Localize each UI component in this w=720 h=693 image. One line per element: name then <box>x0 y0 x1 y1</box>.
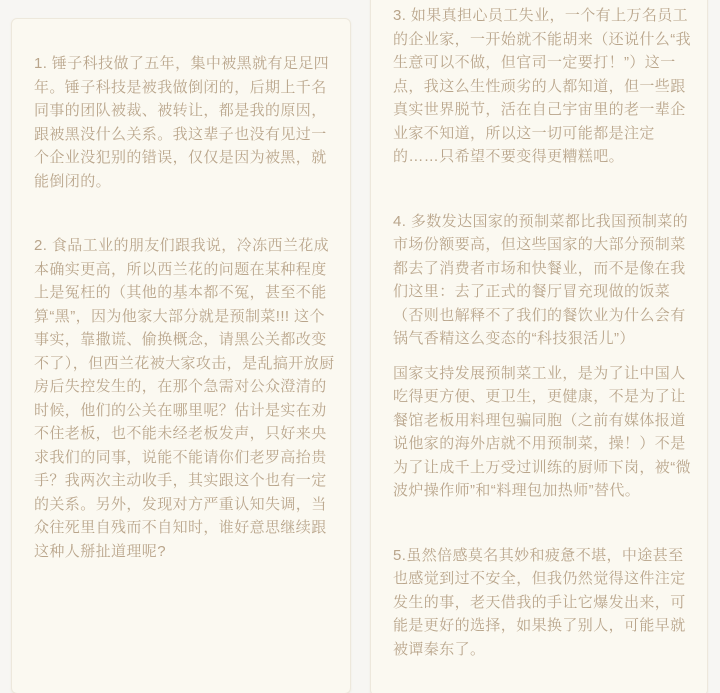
note-card-right: 3. 如果真担心员工失业，一个有上万名员工的企业家，一开始就不能胡来（还说什么“… <box>370 0 708 693</box>
note-paragraph-2: 2. 食品工业的朋友们跟我说，冷冻西兰花成本确实更高，所以西兰花的问题在某种程度… <box>34 234 335 563</box>
notes-screenshot-root: 1. 锤子科技做了五年，集中被黑就有足足四年。锤子科技是被我做倒闭的，后期上千名… <box>0 0 720 693</box>
note-card-left: 1. 锤子科技做了五年，集中被黑就有足足四年。锤子科技是被我做倒闭的，后期上千名… <box>11 18 351 693</box>
note-paragraph-3: 3. 如果真担心员工失业，一个有上万名员工的企业家，一开始就不能胡来（还说什么“… <box>393 4 691 169</box>
note-paragraph-1: 1. 锤子科技做了五年，集中被黑就有足足四年。锤子科技是被我做倒闭的，后期上千名… <box>34 52 335 193</box>
note-paragraph-5: 5.虽然倍感莫名其妙和疲惫不堪，中途甚至也感觉到过不安全，但我仍然觉得这件注定发… <box>393 544 691 662</box>
note-paragraph-4: 4. 多数发达国家的预制菜都比我国预制菜的市场份额要高，但这些国家的大部分预制菜… <box>393 210 691 351</box>
note-paragraph-4-continued: 国家支持发展预制菜工业，是为了让中国人吃得更方便、更卫生，更健康，不是为了让餐馆… <box>393 362 691 503</box>
